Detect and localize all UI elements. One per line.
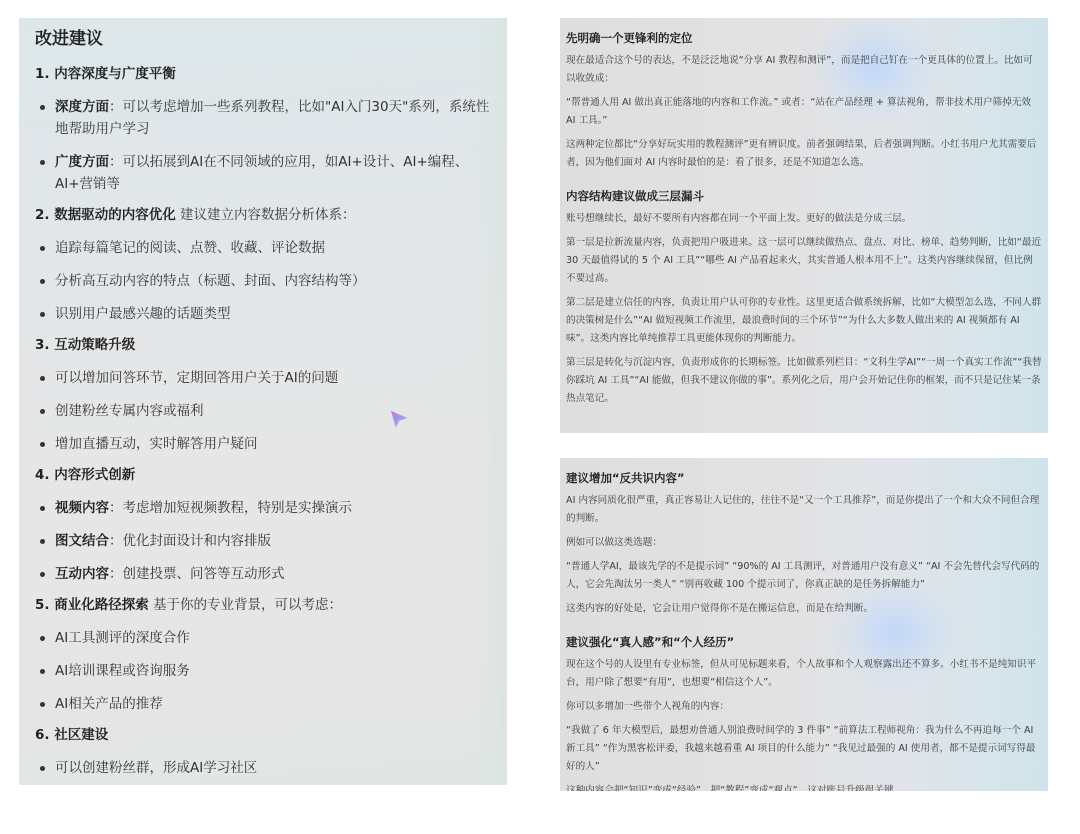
left-suggestions-panel: 改进建议 1. 内容深度与广度平衡 深度方面：可以考虑增加一些系列教程，比如"A… — [19, 18, 507, 785]
item-bold: 深度方面 — [55, 99, 109, 115]
item-text: 分析高互动内容的特点（标题、封面、内容结构等） — [55, 273, 366, 289]
item-text: ：可以考虑增加一些系列教程，比如"AI入门30天"系列，系统性地帮助用户学习 — [55, 99, 489, 137]
item-bold: 视频内容 — [55, 500, 109, 516]
list-item: 可以创建粉丝群，形成AI学习社区 — [35, 757, 491, 779]
heading-text: 2. 数据驱动的内容优化 — [35, 207, 176, 223]
section-heading-3: 3. 互动策略升级 — [35, 334, 491, 356]
block-heading: 内容结构建议做成三层漏斗 — [566, 186, 1042, 206]
right-top-panel: 先明确一个更锋利的定位 现在最适合这个号的表达，不是泛泛地说“分享 AI 教程和… — [560, 18, 1048, 433]
list-item: AI培训课程或咨询服务 — [35, 660, 491, 682]
panel-title: 改进建议 — [35, 24, 491, 54]
block-paragraph: 你可以多增加一些带个人视角的内容： — [566, 698, 1042, 716]
heading-text: 6. 社区建设 — [35, 727, 108, 743]
list-item: 视频内容：考虑增加短视频教程，特别是实操演示 — [35, 497, 491, 519]
list-item: 创建粉丝专属内容或福利 — [35, 400, 491, 422]
item-text: 追踪每篇笔记的阅读、点赞、收藏、评论数据 — [55, 240, 325, 256]
list-item: AI工具测评的深度合作 — [35, 627, 491, 649]
block-paragraph: 现在这个号的人设里有专业标签，但从可见标题来看，个人故事和个人观察露出还不算多。… — [566, 656, 1042, 692]
item-bold: 广度方面 — [55, 154, 109, 170]
item-text: ：考虑增加短视频教程，特别是实操演示 — [109, 500, 352, 516]
block-paragraph: “普通人学AI，最该先学的不是提示词” “90%的 AI 工具测评，对普通用户没… — [566, 558, 1042, 594]
item-bold: 互动内容 — [55, 566, 109, 582]
block-paragraph: 第一层是拉新流量内容，负责把用户吸进来。这一层可以继续做热点、盘点、对比、榜单、… — [566, 234, 1042, 288]
heading-text: 3. 互动策略升级 — [35, 337, 135, 353]
block-paragraph: “我做了 6 年大模型后，最想劝普通人别浪费时间学的 3 件事” “前算法工程师… — [566, 722, 1042, 776]
item-text: ：可以拓展到AI在不同领域的应用，如AI+设计、AI+编程、AI+营销等 — [55, 154, 468, 192]
list-item: 图文结合：优化封面设计和内容排版 — [35, 530, 491, 552]
heading-text: 1. 内容深度与广度平衡 — [35, 66, 176, 82]
list-item: 可以增加问答环节，定期回答用户关于AI的问题 — [35, 367, 491, 389]
block-paragraph: 账号想继续长，最好不要所有内容都在同一个平面上发。更好的做法是分成三层。 — [566, 210, 1042, 228]
block-heading: 先明确一个更锋利的定位 — [566, 28, 1042, 48]
block-paragraph: AI 内容同质化很严重，真正容易让人记住的，往往不是“又一个工具推荐”，而是你提… — [566, 492, 1042, 528]
section-list-2: 追踪每篇笔记的阅读、点赞、收藏、评论数据 分析高互动内容的特点（标题、封面、内容… — [35, 237, 491, 325]
section-heading-4: 4. 内容形式创新 — [35, 464, 491, 486]
heading-rest: 基于你的专业背景，可以考虑： — [149, 597, 342, 613]
list-item: 分析高互动内容的特点（标题、封面、内容结构等） — [35, 270, 491, 292]
block-heading: 建议强化“真人感”和“个人经历” — [566, 632, 1042, 652]
block-paragraph: 第三层是转化与沉淀内容，负责形成你的长期标签。比如做系列栏目：“文科生学AI”“… — [566, 354, 1042, 408]
block-heading: 建议增加“反共识内容” — [566, 468, 1042, 488]
section-heading-2: 2. 数据驱动的内容优化 建议建立内容数据分析体系： — [35, 204, 491, 226]
list-item: 深度方面：可以考虑增加一些系列教程，比如"AI入门30天"系列，系统性地帮助用户… — [35, 96, 491, 140]
section-list-3: 可以增加问答环节，定期回答用户关于AI的问题 创建粉丝专属内容或福利 增加直播互… — [35, 367, 491, 455]
block-paragraph: 第二层是建立信任的内容，负责让用户认可你的专业性。这里更适合做系统拆解，比如“大… — [566, 294, 1042, 348]
heading-rest: 建议建立内容数据分析体系： — [176, 207, 356, 223]
item-text: 识别用户最感兴趣的话题类型 — [55, 306, 231, 322]
block-paragraph: 这种内容会把“知识”变成“经验”，把“教程”变成“观点”。这对账号升级很关键。 — [566, 782, 1042, 791]
block-paragraph: “帮普通人用 AI 做出真正能落地的内容和工作流。” 或者：“站在产品经理 + … — [566, 94, 1042, 130]
section-list-6: 可以创建粉丝群，形成AI学习社区 — [35, 757, 491, 779]
section-list-5: AI工具测评的深度合作 AI培训课程或咨询服务 AI相关产品的推荐 — [35, 627, 491, 715]
section-heading-6: 6. 社区建设 — [35, 724, 491, 746]
item-text: 创建粉丝专属内容或福利 — [55, 403, 204, 419]
item-text: 可以增加问答环节，定期回答用户关于AI的问题 — [55, 370, 338, 386]
right-bottom-panel: 建议增加“反共识内容” AI 内容同质化很严重，真正容易让人记住的，往往不是“又… — [560, 458, 1048, 791]
list-item: 广度方面：可以拓展到AI在不同领域的应用，如AI+设计、AI+编程、AI+营销等 — [35, 151, 491, 195]
item-text: 增加直播互动，实时解答用户疑问 — [55, 436, 258, 452]
list-item: 互动内容：创建投票、问答等互动形式 — [35, 563, 491, 585]
item-text: 可以创建粉丝群，形成AI学习社区 — [55, 760, 257, 776]
section-list-1: 深度方面：可以考虑增加一些系列教程，比如"AI入门30天"系列，系统性地帮助用户… — [35, 96, 491, 195]
item-text: ：创建投票、问答等互动形式 — [109, 566, 285, 582]
section-list-4: 视频内容：考虑增加短视频教程，特别是实操演示 图文结合：优化封面设计和内容排版 … — [35, 497, 491, 585]
pointer-cursor-icon — [388, 408, 410, 430]
heading-text: 4. 内容形式创新 — [35, 467, 135, 483]
section-heading-5: 5. 商业化路径探索 基于你的专业背景，可以考虑： — [35, 594, 491, 616]
block-paragraph: 这类内容的好处是，它会让用户觉得你不是在搬运信息，而是在给判断。 — [566, 600, 1042, 618]
block-paragraph: 这两种定位都比“分享好玩实用的教程测评”更有辨识度。前者强调结果，后者强调判断。… — [566, 136, 1042, 172]
list-item: AI相关产品的推荐 — [35, 693, 491, 715]
item-text: ：优化封面设计和内容排版 — [109, 533, 271, 549]
list-item: 增加直播互动，实时解答用户疑问 — [35, 433, 491, 455]
list-item: 识别用户最感兴趣的话题类型 — [35, 303, 491, 325]
section-heading-1: 1. 内容深度与广度平衡 — [35, 63, 491, 85]
item-bold: 图文结合 — [55, 533, 109, 549]
item-text: AI培训课程或咨询服务 — [55, 663, 190, 679]
item-text: AI相关产品的推荐 — [55, 696, 163, 712]
item-text: AI工具测评的深度合作 — [55, 630, 190, 646]
heading-text: 5. 商业化路径探索 — [35, 597, 149, 613]
list-item: 追踪每篇笔记的阅读、点赞、收藏、评论数据 — [35, 237, 491, 259]
block-paragraph: 例如可以做这类选题： — [566, 534, 1042, 552]
block-paragraph: 现在最适合这个号的表达，不是泛泛地说“分享 AI 教程和测评”，而是把自己钉在一… — [566, 52, 1042, 88]
